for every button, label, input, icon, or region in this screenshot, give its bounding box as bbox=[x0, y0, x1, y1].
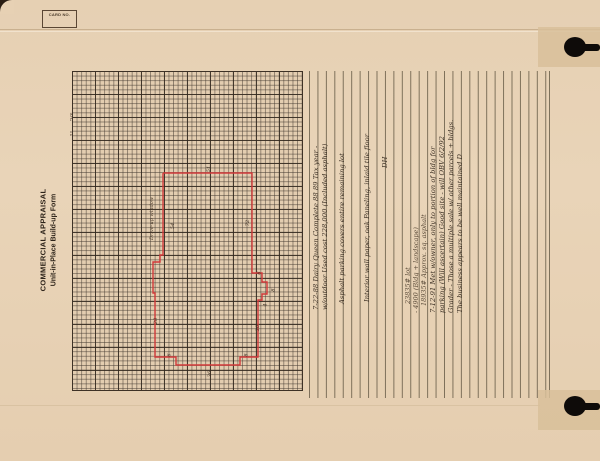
note-line: 7-12-91 Met w/owner, only to portion of … bbox=[430, 147, 437, 313]
note-line: parking (Will ascertain) Good site - wil… bbox=[439, 136, 446, 313]
note-line: The business appears to be well maintain… bbox=[457, 154, 464, 313]
note-line: - 4900 (Bldg + landscape) bbox=[413, 227, 420, 313]
note-line: 18935# Approx. sq. asphalt bbox=[421, 214, 428, 306]
bottom-binder-ring-arm bbox=[582, 403, 600, 410]
handwritten-notes: 7-22-88 Dairy Queen Complete 88 89 Tax y… bbox=[0, 0, 600, 461]
note-line: DH bbox=[382, 157, 389, 168]
note-line: w/outdoor Used cost 228,000 (Included as… bbox=[322, 144, 329, 310]
note-line: Interior wall paper, oak Paneling, inlai… bbox=[364, 134, 371, 302]
top-binder-ring-arm bbox=[582, 44, 600, 51]
note-line: 7-22-88 Dairy Queen Complete 88 89 Tax y… bbox=[313, 146, 320, 310]
note-line: Asphalt parking covers entire remaining … bbox=[339, 153, 346, 304]
appraisal-card: CARD NO. COMMERCIAL APPRAISAL Unit-in-Pl… bbox=[0, 0, 600, 461]
note-line: Grader - Those a multiple sale w/ other … bbox=[448, 120, 455, 313]
note-line: 23835# lot bbox=[405, 267, 412, 304]
